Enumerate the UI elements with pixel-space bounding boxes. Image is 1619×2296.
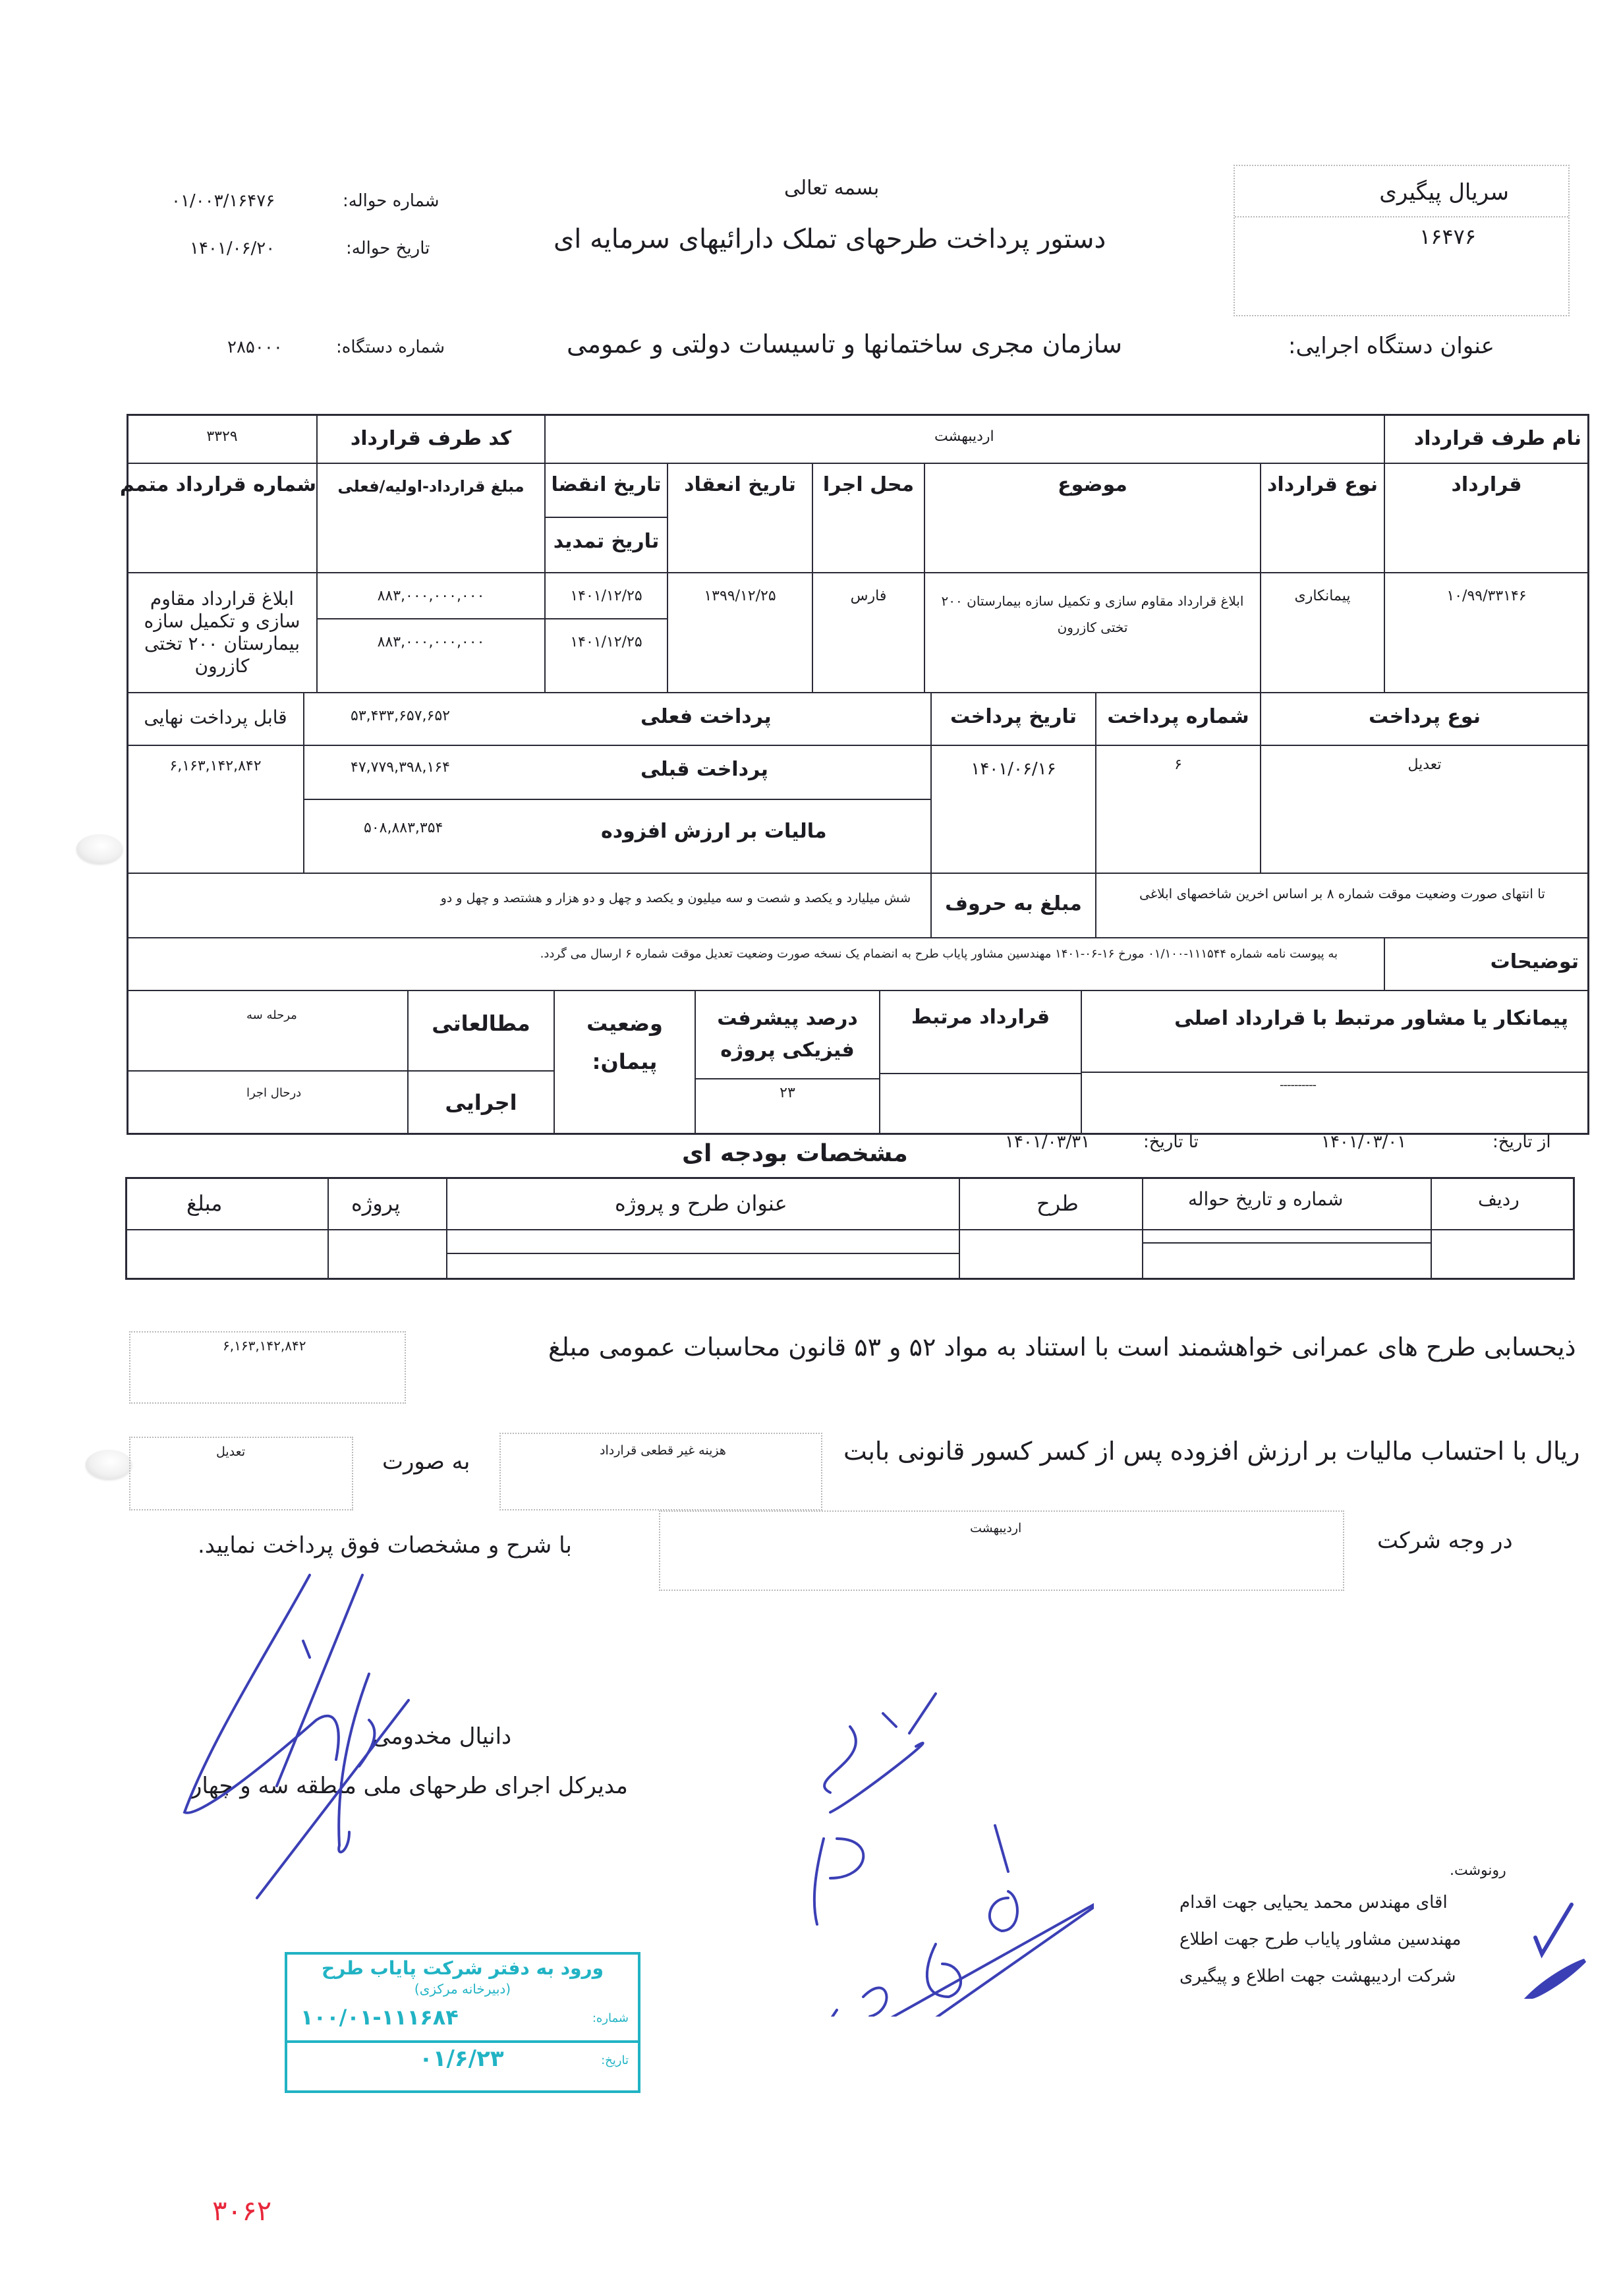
col-supplement-no: شماره قرارداد متمم [127, 463, 318, 573]
punch-hole [86, 1450, 132, 1479]
col-contract: قرارداد [1384, 463, 1589, 573]
exec-value-cell: درحال اجرا [127, 1070, 409, 1135]
entry-stamp-date: تاریخ: ۰۱/۶/۲۳ [285, 2040, 640, 2093]
budget-title: مشخصات بودجه ای [682, 1140, 908, 1167]
payment-date-value-cell: ۱۴۰۱/۰۶/۱۶ [930, 745, 1096, 874]
col-conclusion-date: تاریخ انعقاد [667, 463, 813, 573]
contract-status-label-cell: وضعیت پیمان: [554, 990, 696, 1135]
col-extension-date: تاریخ تمدید [544, 517, 668, 573]
order-amount-box: ۶,۱۶۳,۱۴۲,۸۴۲ [129, 1331, 406, 1404]
progress-value-cell: ۲۳ [695, 1078, 880, 1135]
remittance-date-label: تاریخ حواله: [346, 239, 430, 258]
budget-table: ردیف شماره و تاریخ حواله طرح عنوان طرح و… [125, 1177, 1575, 1280]
expiry-date-cell: ۱۴۰۱/۱۲/۲۵ [544, 572, 668, 619]
tracking-serial-box: سریال پیگیری ۱۶۴۷۶ [1234, 165, 1570, 316]
tracking-serial-value: ۱۶۴۷۶ [1419, 224, 1476, 249]
final-payable-value-cell: ۶,۱۶۳,۱۴۲,۸۴۲ [127, 745, 304, 874]
party-name-label-cell: نام طرف قرارداد [1384, 414, 1589, 464]
vat-row: مالیات بر ارزش افزوده ۵۰۸,۸۸۳,۳۵۴ [303, 799, 932, 874]
related-contract-cell: قرارداد مرتبط [879, 990, 1082, 1135]
from-date-value: ۱۴۰۱/۰۳/۰۱ [1321, 1132, 1406, 1152]
agency-label: عنوان دستگاه اجرایی: [1288, 333, 1494, 359]
payment-number-label-cell: شماره پرداخت [1095, 692, 1261, 746]
conclusion-date-cell: ۱۳۹۹/۱۲/۲۵ [667, 572, 813, 693]
entry-stamp: ورود به دفتر شرکت پایاب طرح (دبیرخانه مر… [285, 1952, 640, 2043]
study-value-cell: مرحله سه [127, 990, 409, 1072]
cc-item-1: اقای مهندس محمد یحیایی جهت اقدام [1179, 1893, 1448, 1912]
budget-col-title: عنوان طرح و پروژه [615, 1191, 787, 1216]
checkmark-icon [1522, 1898, 1595, 2003]
amount-current-cell: ۸۸۳,۰۰۰,۰۰۰,۰۰۰ [316, 618, 546, 693]
party-name-value-cell: اردیبهشت [544, 414, 1385, 464]
tracking-serial-label: سریال پیگیری [1379, 179, 1509, 206]
order-line-1: ذیحسابی طرح های عمرانی خواهشمند است با ا… [548, 1333, 1576, 1362]
final-payable-label-cell: قابل پرداخت نهایی [127, 692, 304, 746]
col-expiry-date: تاریخ انقضا [544, 463, 668, 518]
page-title: دستور پرداخت طرحهای تملک دارائیهای سرمای… [554, 224, 1106, 254]
to-date-label: تا تاریخ: [1143, 1132, 1199, 1152]
previous-payment-row: پرداخت قبلی ۴۷,۷۷۹,۳۹۸,۱۶۴ [303, 745, 932, 800]
subject-cell: ابلاغ قرارداد مقاوم سازی و تکمیل سازه بی… [924, 572, 1261, 693]
bismillah: بسمه تعالی [784, 177, 879, 200]
contract-number-cell: ۱۰/۹۹/۳۳۱۴۶ [1384, 572, 1589, 693]
study-label-cell: مطالعاتی [407, 990, 555, 1072]
budget-col-plan: طرح [1037, 1191, 1079, 1216]
cc-item-3: شرکت اردیبهشت جهت اطلاع و پیگیری [1179, 1966, 1456, 1986]
progress-label-cell: درصد پیشرفت فیزیکی پروژه [695, 990, 880, 1079]
payment-date-label-cell: تاریخ پرداخت [930, 692, 1096, 746]
order-company-box: اردیبهشت [659, 1510, 1344, 1591]
order-as-label: به صورت [382, 1449, 470, 1475]
cc-label: رونوشت. [1450, 1862, 1506, 1879]
budget-col-remittance: شماره و تاریخ حواله [1188, 1188, 1343, 1210]
col-amount: مبلغ قرارداد-اولیه/فعلی [316, 463, 546, 573]
to-date-value: ۱۴۰۱/۰۳/۳۱ [1005, 1132, 1090, 1152]
cc-item-2: مهندسین مشاور پایاب طرح جهت اطلاع [1179, 1930, 1461, 1949]
contract-type-cell: پیمانکاری [1260, 572, 1385, 693]
location-cell: فارس [812, 572, 925, 693]
notes-label-cell: توضیحات [1384, 937, 1589, 991]
payment-type-label-cell: نوع پرداخت [1260, 692, 1589, 746]
supplement-no-cell: ابلاغ قرارداد مقاوم سازی و تکمیل سازه بی… [127, 572, 318, 693]
col-location: محل اجرا [812, 463, 925, 573]
order-reason-box: هزینه غیر قطعی قرارداد [499, 1433, 822, 1510]
col-subject: موضوع [924, 463, 1261, 573]
signer-title: مدیرکل اجرای طرحهای ملی منطقه سه و چهار [191, 1773, 628, 1799]
from-date-label: از تاریخ: [1492, 1132, 1551, 1152]
exec-label-cell: اجرایی [407, 1070, 555, 1135]
remittance-no-value: ۰۱/۰۰۳/۱۶۴۷۶ [171, 191, 275, 211]
extension-date-cell: ۱۴۰۱/۱۲/۲۵ [544, 618, 668, 693]
agency-no-label: شماره دستگاه: [336, 337, 445, 357]
order-line-3-end: با شرح و مشخصات فوق پرداخت نمایید. [198, 1532, 572, 1559]
amount-words-label-cell: مبلغ به حروف [930, 873, 1096, 938]
agency-name: سازمان مجری ساختمانها و تاسیسات دولتی و … [567, 330, 1122, 359]
agency-no-value: ۲۸۵۰۰۰ [227, 337, 283, 357]
party-code-label-cell: کد طرف قرارداد [316, 414, 546, 464]
notes-value-cell: به پیوست نامه شماره ۱۱۱۵۴۴-۰۱/۱۰۰ مورخ ۱… [127, 937, 1385, 991]
budget-col-project: پروژه [351, 1191, 400, 1216]
amount-initial-cell: ۸۸۳,۰۰۰,۰۰۰,۰۰۰ [316, 572, 546, 619]
budget-col-amount: مبلغ [186, 1191, 222, 1216]
order-line-3: در وجه شرکت [1377, 1528, 1513, 1554]
amount-words-value-cell: شش میلیارد و یکصد و شصت و سه میلیون و یک… [127, 873, 932, 938]
order-as-box: تعدیل [129, 1437, 353, 1510]
punch-hole [76, 834, 123, 863]
remittance-no-label: شماره حواله: [343, 191, 440, 211]
contractor-value-cell: ---------- [1081, 1072, 1589, 1135]
col-contract-type: نوع قرارداد [1260, 463, 1385, 573]
handwritten-note-icon [791, 1687, 1094, 2017]
contractor-label-cell: پیمانکار یا مشاور مرتبط با قرارداد اصلی [1081, 990, 1589, 1073]
signer-name: دانیال مخدومی [372, 1723, 511, 1750]
basis-note-cell: تا انتهای صورت وضعیت موقت شماره ۸ بر اسا… [1095, 873, 1589, 938]
party-code-value-cell: ۳۳۲۹ [127, 414, 318, 464]
budget-col-row: ردیف [1478, 1188, 1520, 1210]
remittance-date-value: ۱۴۰۱/۰۶/۲۰ [190, 239, 275, 258]
payment-type-value-cell: تعدیل [1260, 745, 1589, 874]
order-line-2: ریال با احتساب مالیات بر ارزش افزوده پس … [843, 1437, 1579, 1466]
payment-number-value-cell: ۶ [1095, 745, 1261, 874]
page-number: ۳۰۶۲ [212, 2195, 271, 2227]
current-payment-row: پرداخت فعلی ۵۳,۴۳۳,۶۵۷,۶۵۲ [303, 692, 932, 746]
